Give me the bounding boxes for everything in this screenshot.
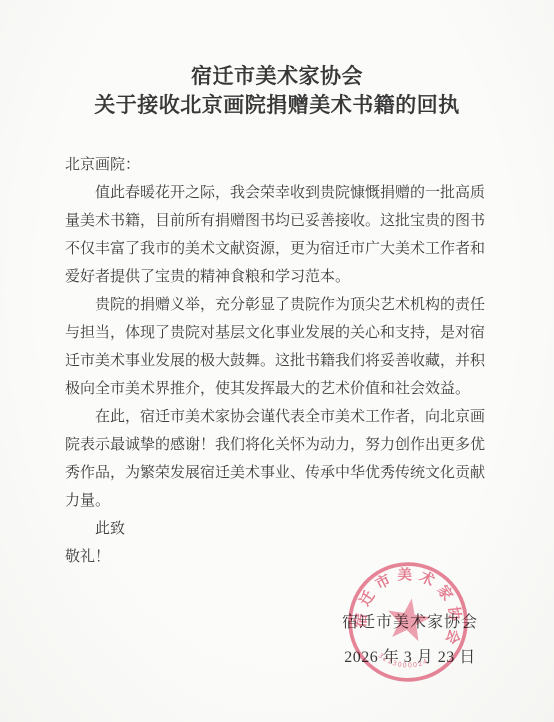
title-line-2: 关于接收北京画院捐赠美术书籍的回执 xyxy=(0,91,554,120)
closing-salute: 此致 xyxy=(65,515,485,543)
body-paragraph-3: 在此，宿迁市美术家协会谨代表全市美术工作者，向北京画院表示最诚挚的感谢！我们将化… xyxy=(65,403,485,515)
official-seal: 宿迁市美术家协会 3213000024 xyxy=(337,551,479,693)
scanned-letter-page: 宿迁市美术家协会 关于接收北京画院捐赠美术书籍的回执 北京画院： 值此春暖花开之… xyxy=(0,0,554,722)
seal-serial-number: 3213000024 xyxy=(376,649,431,673)
body-paragraph-2: 贵院的捐赠义举，充分彰显了贵院作为顶尖艺术机构的责任与担当，体现了贵院对基层文化… xyxy=(65,291,485,403)
document-title: 宿迁市美术家协会 关于接收北京画院捐赠美术书籍的回执 xyxy=(0,62,554,120)
star-icon xyxy=(384,595,433,642)
salutation: 北京画院： xyxy=(65,151,485,179)
title-line-1: 宿迁市美术家协会 xyxy=(0,62,554,91)
body-paragraph-1: 值此春暖花开之际，我会荣幸收到贵院慷慨捐赠的一批高质量美术书籍，目前所有捐赠图书… xyxy=(65,179,485,291)
letter-body: 北京画院： 值此春暖花开之际，我会荣幸收到贵院慷慨捐赠的一批高质量美术书籍，目前… xyxy=(65,151,485,571)
